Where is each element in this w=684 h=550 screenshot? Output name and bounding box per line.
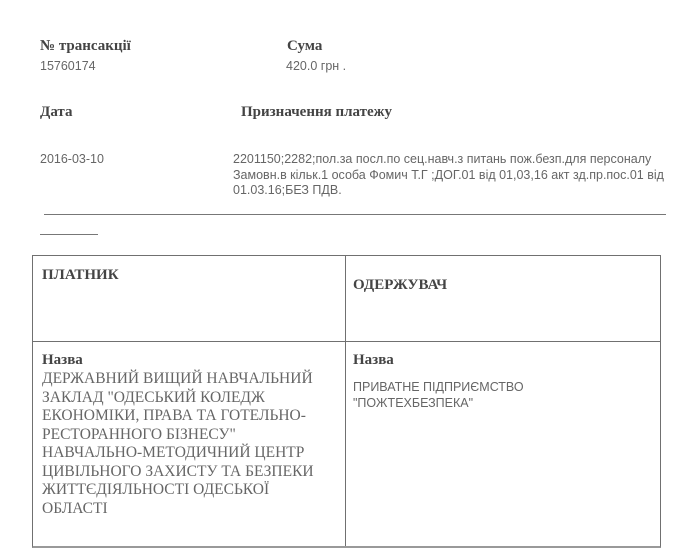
date-label: Дата — [40, 104, 72, 121]
parties-table: ПЛАТНИК ОДЕРЖУВАЧ Назва ДЕРЖАВНИЙ ВИЩИЙ … — [32, 255, 661, 548]
payee-header: ОДЕРЖУВАЧ — [353, 277, 447, 294]
payer-name-label: Назва — [42, 352, 83, 369]
sum-label: Сума — [287, 38, 322, 55]
payer-name-value: ДЕРЖАВНИЙ ВИЩИЙ НАВЧАЛЬНИЙ ЗАКЛАД "ОДЕСЬ… — [42, 370, 337, 518]
date-value: 2016-03-10 — [40, 152, 104, 166]
transaction-number-value: 15760174 — [40, 59, 96, 73]
payer-header: ПЛАТНИК — [42, 267, 119, 284]
separator-line — [44, 214, 666, 215]
sum-value: 420.0 грн . — [286, 59, 346, 73]
row-divider — [33, 341, 660, 342]
separator-line-short — [40, 234, 98, 235]
purpose-value: 2201150;2282;пол.за посл.по сец.навч.з п… — [233, 152, 673, 199]
payee-name-label: Назва — [353, 352, 394, 369]
payee-name-value: ПРИВАТНЕ ПІДПРИЄМСТВО "ПОЖТЕХБЕЗПЕКА" — [353, 379, 643, 411]
purpose-label: Призначення платежу — [241, 104, 392, 121]
transaction-number-label: № трансакції — [40, 38, 131, 55]
column-divider — [345, 256, 346, 546]
